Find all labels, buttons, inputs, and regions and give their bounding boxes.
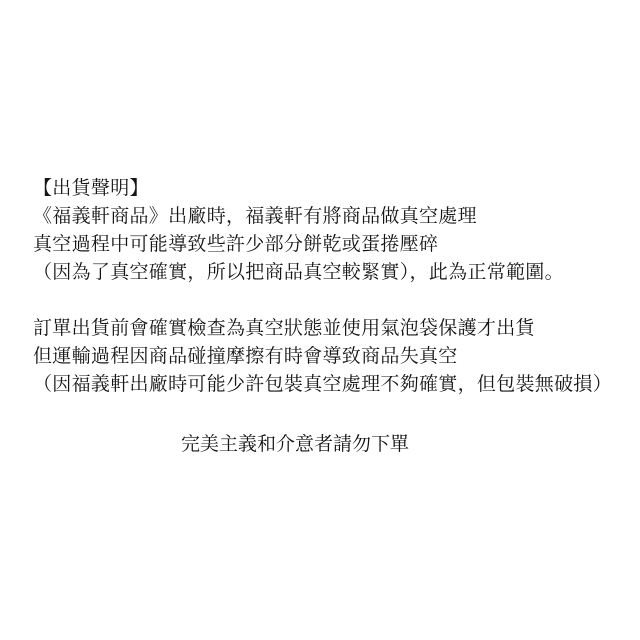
closing-warning: 完美主義和介意者請勿下單 (181, 432, 409, 456)
notice-title: 【出貨聲明】 (33, 176, 149, 200)
paragraph1-line2: 真空過程中可能導致些許少部分餅乾或蛋捲壓碎 (33, 232, 438, 256)
paragraph1-line3: （因為了真空確實，所以把商品真空較緊實），此為正常範圍。 (33, 260, 564, 284)
paragraph2-line3: （因福義軒出廠時可能少許包裝真空處理不夠確實，但包裝無破損） (33, 372, 612, 396)
shipping-notice-document: 【出貨聲明】 《福義軒商品》出廠時，福義軒有將商品做真空處理 真空過程中可能導致… (0, 0, 640, 640)
paragraph2-line2: 但運輸過程因商品碰撞摩擦有時會導致商品失真空 (33, 344, 458, 368)
paragraph1-line1: 《福義軒商品》出廠時，福義軒有將商品做真空處理 (33, 204, 477, 228)
paragraph2-line1: 訂單出貨前會確實檢查為真空狀態並使用氣泡袋保護才出貨 (33, 316, 535, 340)
